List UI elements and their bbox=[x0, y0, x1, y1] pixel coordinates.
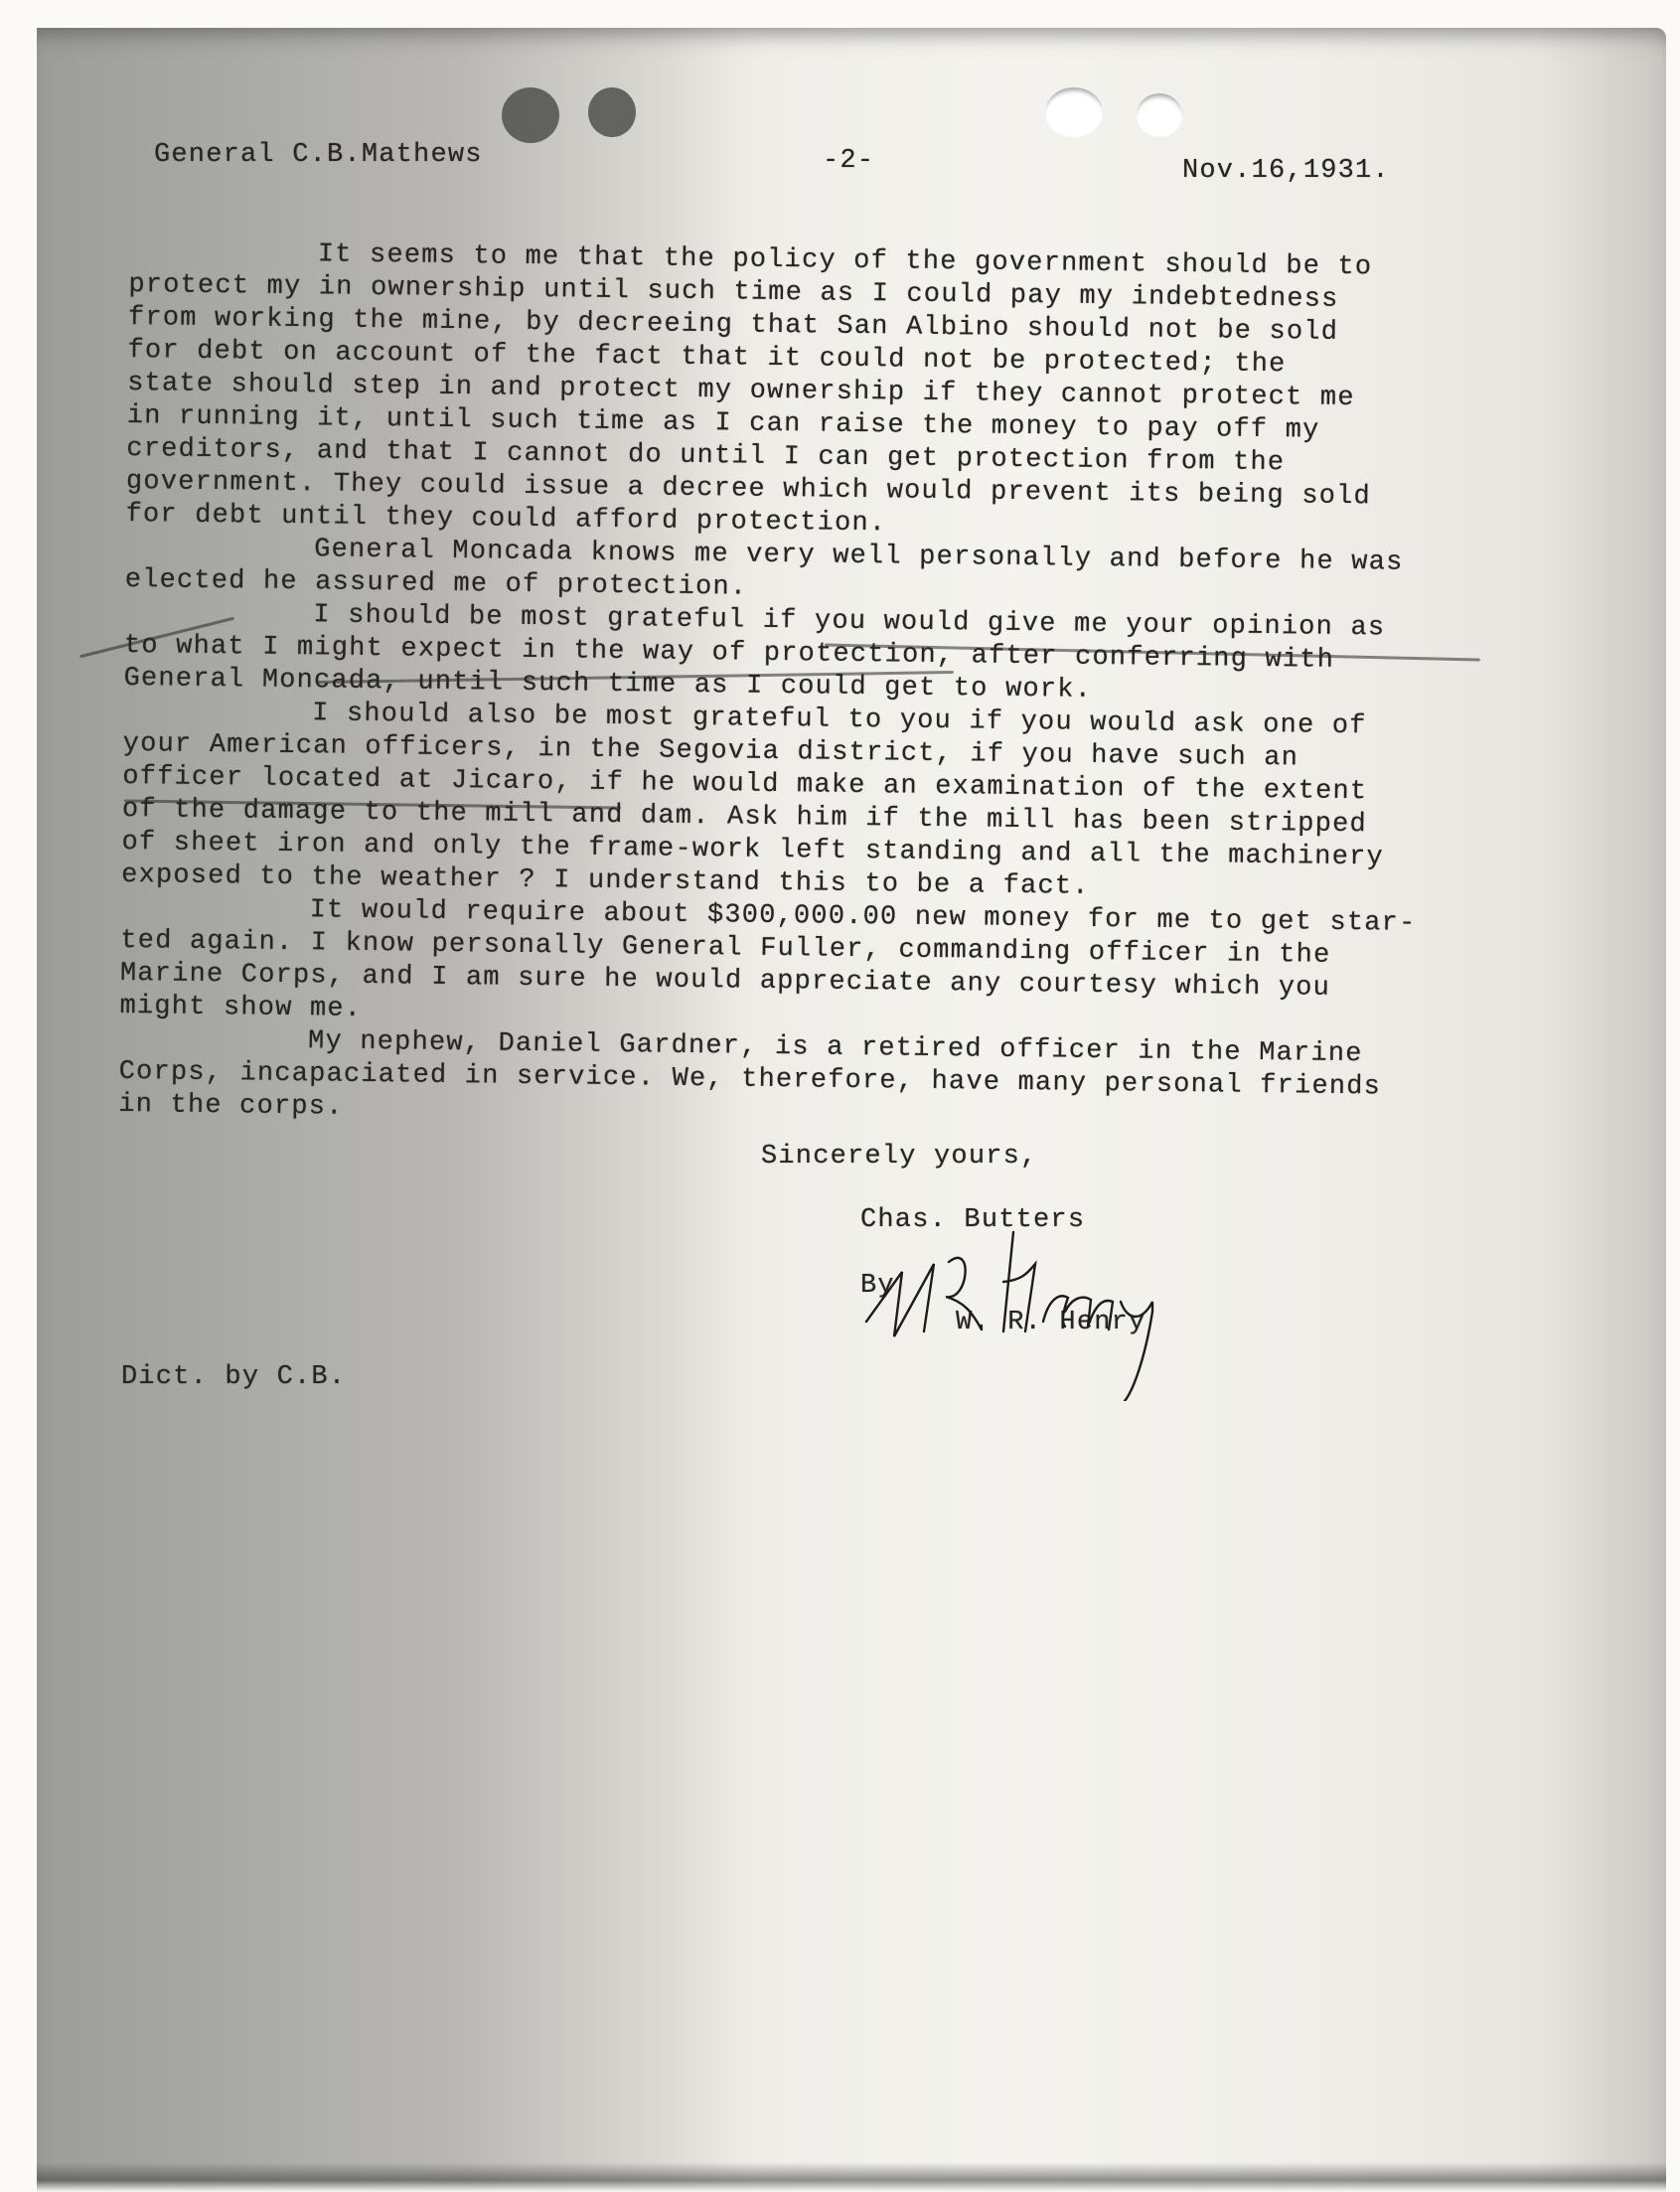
letter-body: It seems to me that the policy of the go… bbox=[118, 236, 1425, 1138]
recipient-name: General C.B.Mathews bbox=[154, 139, 483, 172]
closing-salutation: Sincerely yours, bbox=[761, 1141, 1037, 1174]
dictation-note: Dict. by C.B. bbox=[121, 1361, 346, 1394]
letter-date: Nov.16,1931. bbox=[1182, 155, 1390, 188]
page-number: -2- bbox=[823, 145, 874, 178]
punch-hole-dark bbox=[502, 87, 559, 143]
punch-hole bbox=[1137, 93, 1182, 137]
punch-hole-dark bbox=[588, 87, 636, 137]
handwritten-signature bbox=[854, 1202, 1311, 1401]
punch-hole bbox=[1045, 87, 1103, 137]
